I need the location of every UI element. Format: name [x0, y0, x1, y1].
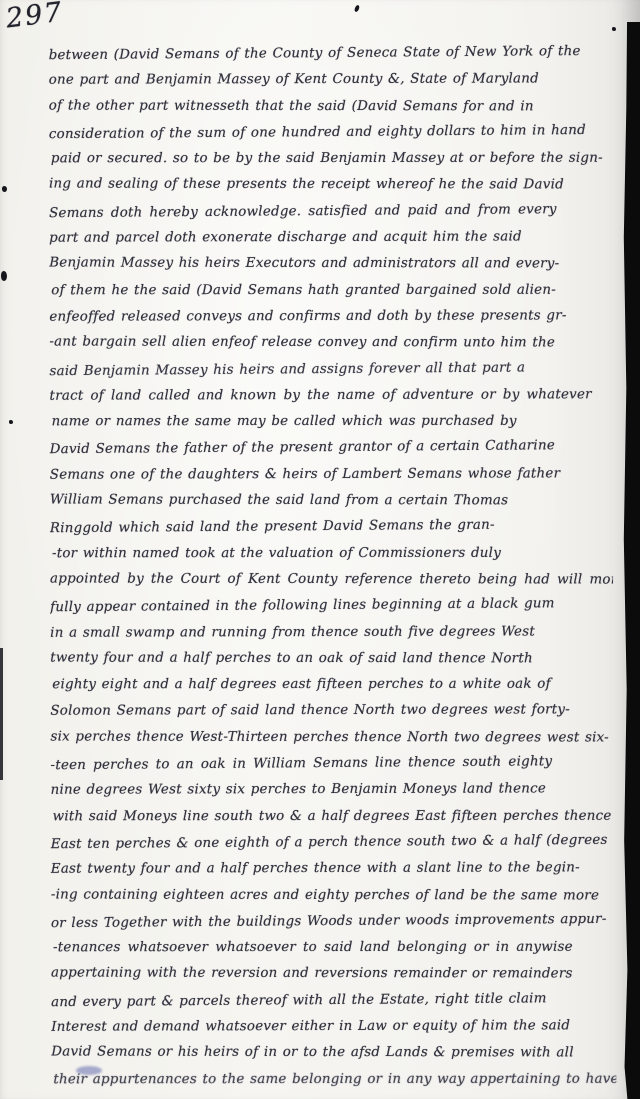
- manuscript-line: Semans doth hereby acknowledge. satisfie…: [49, 197, 612, 228]
- manuscript-line: in a small swamp and running from thence…: [50, 619, 613, 647]
- manuscript-line: Benjamin Massey his heirs Executors and …: [49, 251, 612, 278]
- ink-smudge: [76, 1066, 102, 1075]
- manuscript-line: -tor within named took at the valuation …: [52, 540, 615, 567]
- page-number: 297: [4, 0, 65, 34]
- manuscript-line: East twenty four and a half perches then…: [51, 855, 614, 883]
- manuscript-text: between (David Semans of the County of S…: [0, 40, 640, 1094]
- scan-mark: [612, 27, 616, 31]
- manuscript-line: of the other part witnesseth that the sa…: [49, 93, 612, 120]
- manuscript-line: eighty eight and a half degrees east fif…: [52, 672, 615, 699]
- manuscript-line: Semans one of the daughters & heirs of L…: [50, 461, 613, 489]
- manuscript-line: David Semans or his heirs of in or to th…: [51, 1040, 614, 1067]
- manuscript-line: -teen perches to an oak in William Seman…: [50, 749, 613, 780]
- scanned-deed-page: 297 between (David Semans of the County …: [0, 0, 640, 1099]
- scan-mark: [1, 271, 7, 281]
- manuscript-line: tract of land called and known by the na…: [50, 382, 613, 410]
- manuscript-line: David Semans the father of the present g…: [50, 433, 613, 464]
- scan-mark: [2, 186, 7, 192]
- manuscript-line: -ing containing eighteen acres and eight…: [51, 882, 614, 909]
- scan-mark: [354, 4, 361, 12]
- manuscript-line: appointed by the Court of Kent County re…: [50, 566, 613, 593]
- manuscript-line: nine degrees West sixty six perches to B…: [51, 777, 614, 805]
- manuscript-line: -ant bargain sell alien enfeof release c…: [49, 330, 612, 357]
- manuscript-line: their appurtenances to the same belongin…: [53, 1066, 616, 1093]
- manuscript-line: paid or secured. so to be by the said Be…: [51, 146, 614, 173]
- manuscript-line: William Semans purchased the said land f…: [50, 488, 613, 515]
- manuscript-line: six perches thence West-Thirteen perches…: [50, 724, 613, 751]
- manuscript-line: one part and Benjamin Massey of Kent Cou…: [49, 67, 612, 95]
- manuscript-line: twenty four and a half perches to an oak…: [50, 645, 613, 672]
- manuscript-line: of them he the said (David Semans hath g…: [51, 277, 614, 304]
- manuscript-line: or less Together with the buildings Wood…: [51, 907, 614, 938]
- manuscript-line: part and parcel doth exonerate discharge…: [49, 224, 612, 252]
- manuscript-line: fully appear contained in the following …: [50, 591, 613, 622]
- manuscript-line: consideration of the sum of one hundred …: [49, 118, 612, 149]
- manuscript-line: Solomon Semans part of said land thence …: [50, 698, 613, 726]
- manuscript-line: enfeoffed released conveys and confirms …: [49, 303, 612, 331]
- manuscript-line: ing and sealing of these presents the re…: [49, 172, 612, 199]
- manuscript-line: Interest and demand whatsoever either in…: [51, 1013, 614, 1041]
- manuscript-line: said Benjamin Massey his heirs and assig…: [49, 354, 612, 385]
- manuscript-line: East ten perches & one eighth of a perch…: [51, 828, 614, 859]
- manuscript-line: between (David Semans of the County of S…: [49, 39, 612, 70]
- manuscript-line: with said Moneys line south two & a half…: [53, 803, 616, 830]
- manuscript-line: appertaining with the reversion and reve…: [51, 961, 614, 988]
- manuscript-line: name or names the same may be called whi…: [52, 409, 615, 436]
- manuscript-line: and every part & parcels thereof with al…: [51, 985, 614, 1016]
- manuscript-line: -tenances whatsoever whatsoever to said …: [53, 935, 616, 962]
- manuscript-line: Ringgold which said land the present Dav…: [50, 512, 613, 543]
- scan-mark: [0, 648, 3, 780]
- scan-mark: [9, 420, 13, 424]
